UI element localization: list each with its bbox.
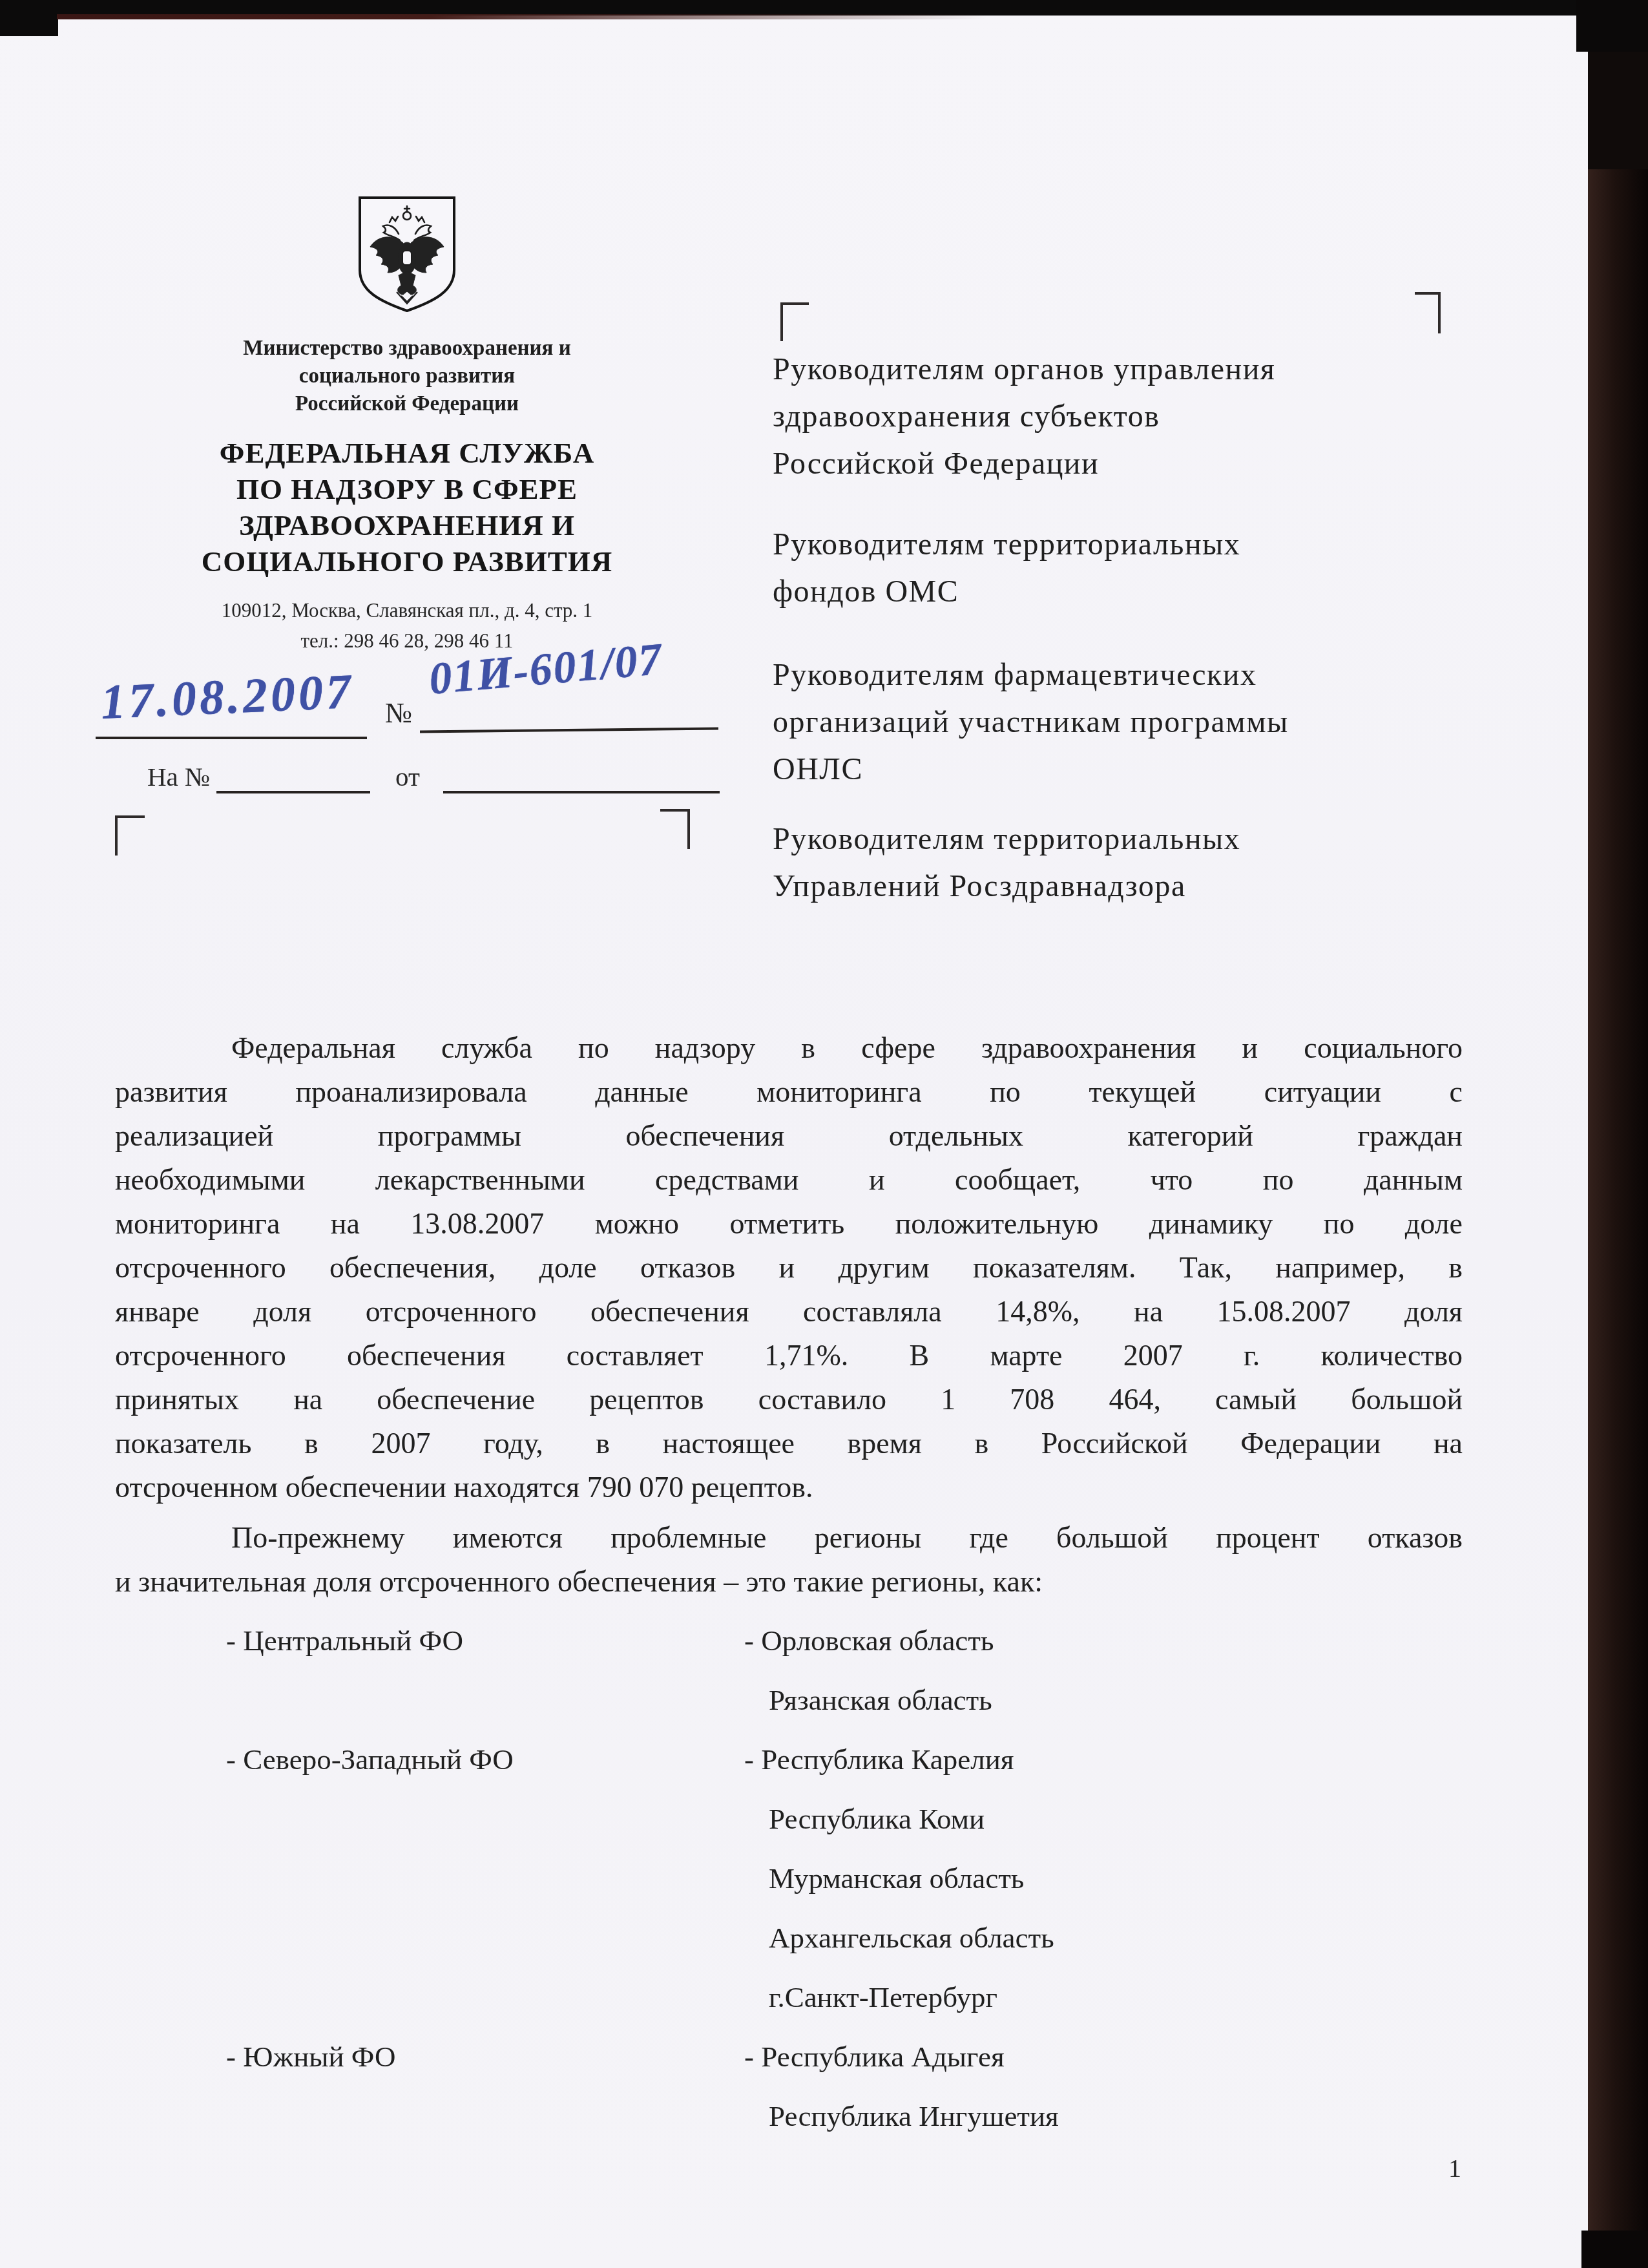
body-line: реализацией программы обеспечения отдель… — [115, 1114, 1463, 1158]
region-row: - Северо-Западный ФО - Республика Карели… — [97, 1743, 1460, 1802]
region-row: Архангельская область — [97, 1921, 1460, 1980]
recipient-line: здравоохранения субъектов — [773, 393, 1275, 440]
region-row: Мурманская область — [97, 1862, 1460, 1921]
reply-to-label: На № — [147, 761, 210, 792]
reply-from-label: от — [395, 761, 420, 792]
number-sign-label: № — [385, 697, 412, 730]
region-name: Республика Ингушетия — [769, 2099, 1059, 2133]
federal-district: - Центральный ФО — [226, 1624, 463, 1657]
body-line: отсроченном обеспечении находятся 790 07… — [115, 1465, 1463, 1509]
russia-coat-of-arms-icon — [356, 194, 458, 315]
scan-edge-right — [1588, 0, 1648, 2268]
letterhead: Министерство здравоохранения и социально… — [97, 194, 717, 656]
recipient-address: Руководителям территориальных Управлений… — [773, 815, 1240, 910]
problem-regions-list: - Центральный ФО - Орловская область Ряз… — [97, 1624, 1460, 2159]
body-line: и значительная доля отсроченного обеспеч… — [115, 1559, 1463, 1604]
federal-district: - Северо-Западный ФО — [226, 1743, 514, 1776]
federal-district: - Южный ФО — [226, 2040, 395, 2074]
region-row: г.Санкт-Петербург — [97, 1980, 1460, 2040]
reply-number-blank — [216, 791, 370, 793]
ministry-line: социального развития — [97, 362, 717, 390]
region-name: Рязанская область — [769, 1683, 992, 1717]
reply-date-blank — [443, 791, 720, 793]
address-line: 109012, Москва, Славянская пл., д. 4, ст… — [97, 595, 717, 625]
region-row: Рязанская область — [97, 1683, 1460, 1743]
scan-edge-right-bottom — [1581, 2231, 1648, 2268]
body-line: принятых на обеспечение рецептов состави… — [115, 1378, 1463, 1422]
body-line: мониторинга на 13.08.2007 можно отметить… — [115, 1202, 1463, 1246]
scan-edge-top-shadow — [57, 14, 987, 19]
region-name: г.Санкт-Петербург — [769, 1980, 997, 2014]
scan-edge-top-left — [0, 0, 58, 36]
body-paragraph-2: По-прежнему имеются проблемные регионы г… — [115, 1515, 1463, 1604]
region-name: Архангельская область — [769, 1921, 1054, 1955]
recipient-window-bracket-top-right — [1415, 292, 1441, 333]
service-line: ФЕДЕРАЛЬНАЯ СЛУЖБА — [97, 435, 717, 471]
body-line: По-прежнему имеются проблемные регионы г… — [115, 1515, 1463, 1559]
address-window-bracket-top-right — [660, 809, 690, 849]
region-name: - Республика Карелия — [744, 1743, 1014, 1776]
region-name: Республика Коми — [769, 1802, 985, 1836]
recipient-line: Руководителям территориальных — [773, 815, 1240, 863]
recipient-line: Руководителям фармацевтических — [773, 651, 1289, 698]
recipient-line: Российской Федерации — [773, 440, 1275, 487]
body-line: развития проанализировала данные монитор… — [115, 1070, 1463, 1114]
body-paragraph-1: Федеральная служба по надзору в сфере зд… — [115, 1026, 1463, 1509]
ministry-name: Министерство здравоохранения и социально… — [97, 335, 717, 418]
recipient-line: фондов ОМС — [773, 568, 1240, 615]
recipient-line: Руководителям территориальных — [773, 521, 1240, 568]
recipient-line: ОНЛС — [773, 746, 1289, 793]
recipient-window-bracket-top-left — [780, 302, 809, 341]
recipient-line: организаций участникам программы — [773, 698, 1289, 746]
recipient-address: Руководителям органов управления здравоо… — [773, 346, 1275, 487]
page-number: 1 — [1448, 2153, 1461, 2183]
service-line: ПО НАДЗОРУ В СФЕРЕ — [97, 471, 717, 507]
service-line: СОЦИАЛЬНОГО РАЗВИТИЯ — [97, 543, 717, 580]
body-line: необходимыми лекарственными средствами и… — [115, 1158, 1463, 1202]
scan-edge-right-cap — [1576, 0, 1648, 52]
service-name: ФЕДЕРАЛЬНАЯ СЛУЖБА ПО НАДЗОРУ В СФЕРЕ ЗД… — [97, 435, 717, 580]
service-line: ЗДРАВООХРАНЕНИЯ И — [97, 507, 717, 543]
scan-edge-top — [0, 0, 1648, 16]
region-name: - Республика Адыгея — [744, 2040, 1005, 2074]
address-window-bracket-top-left — [115, 815, 145, 856]
body-line: показатель в 2007 году, в настоящее врем… — [115, 1422, 1463, 1465]
region-row: - Центральный ФО - Орловская область — [97, 1624, 1460, 1683]
scanned-letter-page: Министерство здравоохранения и социально… — [0, 0, 1648, 2268]
body-line: Федеральная служба по надзору в сфере зд… — [115, 1026, 1463, 1070]
region-name: - Орловская область — [744, 1624, 994, 1657]
body-line: январе доля отсроченного обеспечения сос… — [115, 1290, 1463, 1334]
recipient-line: Управлений Росздравнадзора — [773, 863, 1240, 910]
recipient-line: Руководителям органов управления — [773, 346, 1275, 393]
ministry-line: Министерство здравоохранения и — [97, 335, 717, 362]
region-name: Мурманская область — [769, 1862, 1024, 1895]
handwritten-date: 17.08.2007 — [99, 664, 355, 731]
date-underline — [96, 737, 367, 739]
number-underline — [420, 728, 718, 733]
body-line: отсроченного обеспечения, доле отказов и… — [115, 1246, 1463, 1290]
recipient-address: Руководителям фармацевтических организац… — [773, 651, 1289, 793]
region-row: Республика Коми — [97, 1802, 1460, 1862]
region-row: Республика Ингушетия — [97, 2099, 1460, 2159]
region-row: - Южный ФО - Республика Адыгея — [97, 2040, 1460, 2099]
body-line: отсроченного обеспечения составляет 1,71… — [115, 1334, 1463, 1378]
recipient-address: Руководителям территориальных фондов ОМС — [773, 521, 1240, 615]
ministry-line: Российской Федерации — [97, 390, 717, 418]
